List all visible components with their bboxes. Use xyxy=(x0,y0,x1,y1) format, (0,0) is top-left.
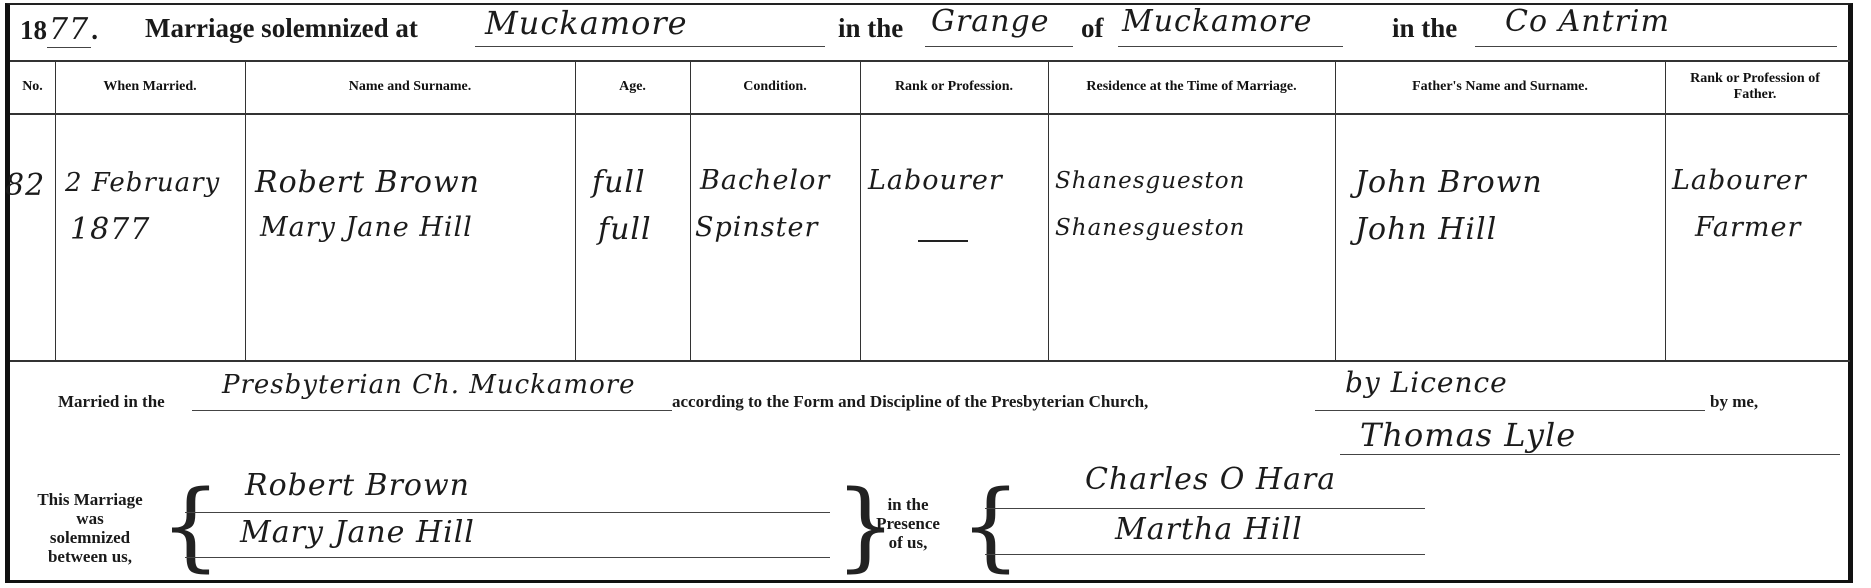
entry-number: 82 xyxy=(5,168,45,203)
label-line: in the xyxy=(868,495,948,514)
party1-signature-field: Robert Brown xyxy=(185,470,830,513)
church-field: Presbyterian Ch. Muckamore xyxy=(192,372,672,411)
method-field: by Licence xyxy=(1315,372,1705,411)
party2-signature-field: Mary Jane Hill xyxy=(185,515,830,558)
county-field: Co Antrim xyxy=(1475,8,1837,47)
groom-condition: Bachelor xyxy=(700,165,830,196)
bride-age: full xyxy=(598,212,652,247)
table-bottom-rule xyxy=(10,360,1850,362)
witness2-field: Martha Hill xyxy=(985,512,1425,555)
label-solemnized-at: Marriage solemnized at xyxy=(145,13,418,44)
label-line: of us, xyxy=(868,533,948,552)
place-value: Muckamore xyxy=(485,4,688,42)
column-header-condition: Condition. xyxy=(690,62,860,112)
bride-father-name: John Hill xyxy=(1355,212,1497,247)
groom-residence: Shanesgueston xyxy=(1055,168,1245,194)
year-label: 1877. xyxy=(20,12,98,47)
witness2-signature: Martha Hill xyxy=(1115,512,1303,547)
church-value: Presbyterian Ch. Muckamore xyxy=(222,370,636,400)
groom-name: Robert Brown xyxy=(255,165,480,200)
label-line: solemnized xyxy=(15,528,165,547)
year-suffix: 77 xyxy=(47,12,91,48)
label-line: Presence xyxy=(868,514,948,533)
bride-condition: Spinster xyxy=(695,212,818,243)
header-bottom-rule xyxy=(10,113,1850,115)
label-in-the-1: in the xyxy=(838,13,903,44)
witness1-signature: Charles O Hara xyxy=(1085,462,1336,497)
groom-profession: Labourer xyxy=(868,165,1003,196)
year-prefix: 18 xyxy=(20,15,47,45)
label-line: between us, xyxy=(15,547,165,566)
column-header-father-rank: Rank or Profession of Father. xyxy=(1665,62,1845,112)
officiant-field: Thomas Lyle xyxy=(1340,420,1840,455)
column-header-residence: Residence at the Time of Marriage. xyxy=(1048,62,1335,112)
column-header-name: Name and Surname. xyxy=(245,62,575,112)
district-type-value: Grange xyxy=(931,4,1049,39)
column-header-father-name: Father's Name and Surname. xyxy=(1335,62,1665,112)
district-type-field: Grange xyxy=(925,8,1073,47)
party2-signature: Mary Jane Hill xyxy=(240,515,475,550)
party1-signature: Robert Brown xyxy=(245,468,470,503)
label-of: of xyxy=(1081,13,1104,44)
label-in-the-2: in the xyxy=(1392,13,1457,44)
when-married-year: 1877 xyxy=(70,212,150,247)
label-line: was xyxy=(15,509,165,528)
bride-profession-dash xyxy=(918,240,968,242)
witness1-field: Charles O Hara xyxy=(985,466,1425,509)
label-in-presence: in the Presence of us, xyxy=(868,495,948,552)
district-value: Muckamore xyxy=(1122,4,1313,39)
place-field: Muckamore xyxy=(475,8,825,47)
county-value: Co Antrim xyxy=(1505,4,1670,39)
column-header-when-married: When Married. xyxy=(55,62,245,112)
method-value: by Licence xyxy=(1345,366,1508,399)
bride-name: Mary Jane Hill xyxy=(260,212,473,243)
bride-father-profession: Farmer xyxy=(1695,212,1801,243)
groom-age: full xyxy=(592,165,646,200)
column-header-rank: Rank or Profession. xyxy=(860,62,1048,112)
label-solemnized-between: This Marriage was solemnized between us, xyxy=(15,490,165,566)
column-header-age: Age. xyxy=(575,62,690,112)
year-dot: . xyxy=(91,15,98,45)
bride-residence: Shanesgueston xyxy=(1055,215,1245,241)
when-married-day: 2 February xyxy=(65,168,220,198)
label-married-in: Married in the xyxy=(58,392,165,412)
groom-father-profession: Labourer xyxy=(1672,165,1807,196)
district-field: Muckamore xyxy=(1118,8,1343,47)
officiant-signature: Thomas Lyle xyxy=(1360,416,1576,454)
label-according: according to the Form and Discipline of … xyxy=(672,392,1148,412)
column-header-no: No. xyxy=(10,62,55,112)
label-line: This Marriage xyxy=(15,490,165,509)
label-by-me: by me, xyxy=(1710,392,1758,412)
groom-father-name: John Brown xyxy=(1355,165,1543,200)
